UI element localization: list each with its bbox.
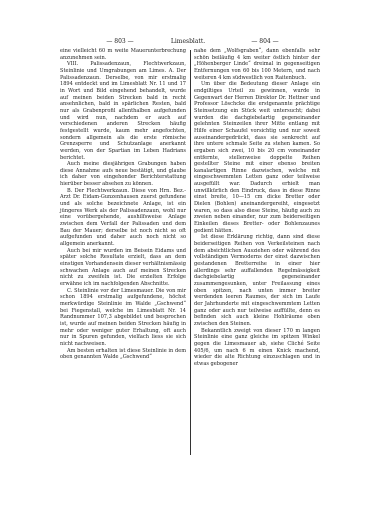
column-divider <box>190 50 191 455</box>
paragraph: Auch bei mir wurden im Beisein Eidams un… <box>60 248 186 288</box>
paragraph: B. Der Flechtwerkzaun. Diese von Hrn. Be… <box>60 188 186 248</box>
paragraph: Um über die Bedeutung dieser Anlage ein … <box>194 81 320 234</box>
paragraph: C. Steinlinie vor der Limesmauer. Die vo… <box>60 288 186 348</box>
right-page-number: — 804 — <box>251 38 278 45</box>
paragraph: Auch meine diesjährigen Grabungen haben … <box>60 161 186 188</box>
left-page-number: — 803 — <box>106 38 133 45</box>
paragraph: VIII. Palissadenzaun, Flechtwerkzaun, St… <box>60 61 186 161</box>
left-column: eine vielleicht 60 m weite Mauerunterbre… <box>60 48 186 361</box>
right-column: nahe dem „Wolfsgraben“, dann ebenfalls s… <box>194 48 320 368</box>
paragraph: Am besten erhalten ist diese Steinlinie … <box>60 348 186 361</box>
publication-title: Limesblatt. <box>171 38 205 45</box>
paragraph: eine vielleicht 60 m weite Mauerunterbre… <box>60 48 186 61</box>
paragraph: Ist diese Erklärung richtig, dann sind d… <box>194 234 320 327</box>
paragraph: nahe dem „Wolfsgraben“, dann ebenfalls s… <box>194 48 320 81</box>
paragraph: Bekanntlich zweigt von dieser 170 m lang… <box>194 328 320 368</box>
page-header: — 803 — Limesblatt. — 804 — <box>60 38 322 48</box>
